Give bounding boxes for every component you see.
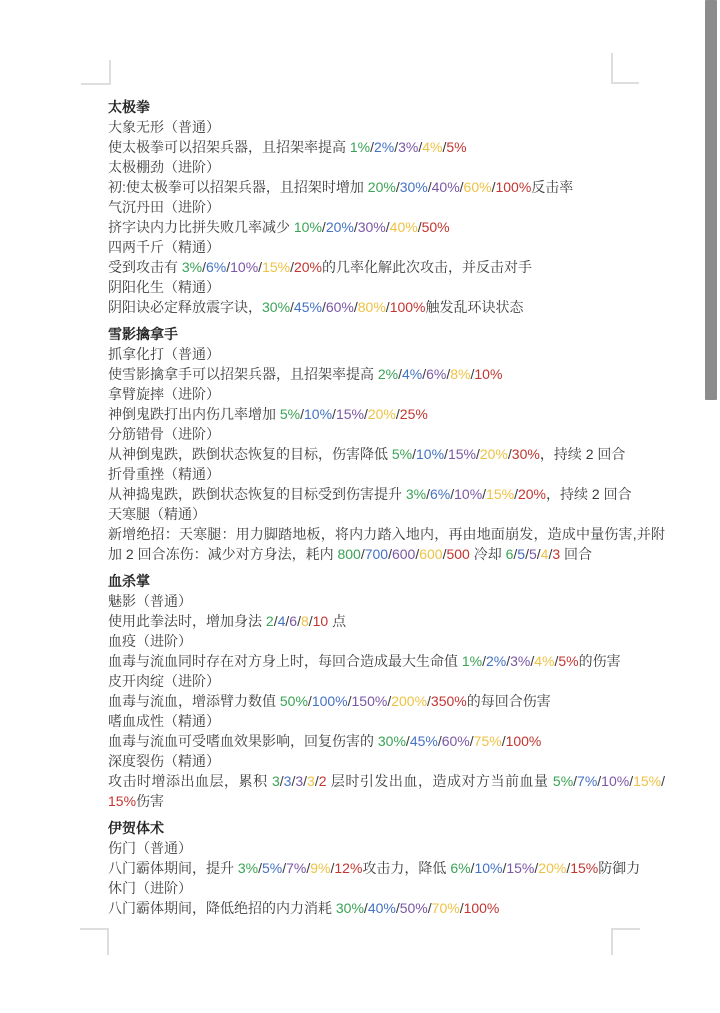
stat-value-blue: 2% — [486, 653, 506, 669]
effect-text: 血毒与流血可受嗜血效果影响，回复伤害的 — [108, 733, 378, 749]
skill-effect-line: 从神捣鬼跌，跌倒状态恢复的目标受到伤害提升 ​3%​/​6%​/​10%​/​1… — [108, 484, 665, 504]
stat-value-green: 50% — [280, 693, 308, 709]
stat-value-gold: 9% — [310, 860, 330, 876]
stat-value-red: 15% — [570, 860, 598, 876]
effect-text: 使用此拳法时，增加身法 — [108, 613, 266, 629]
stat-value-green: 1% — [462, 653, 482, 669]
stat-value-purple: 40% — [432, 179, 460, 195]
stat-value-purple: 30% — [358, 219, 386, 235]
stat-value-gold: 200% — [391, 693, 427, 709]
stat-value-purple: 600 — [392, 546, 415, 562]
skill-name-line: 伤门（普通） — [108, 838, 665, 858]
effect-text: 防御力 — [598, 860, 640, 876]
skill-effect-line: 新增绝招：天寒腿：用力脚踏地板，将内力踏入地内，再由地面崩发，造成中量伤害,并附… — [108, 524, 665, 564]
skill-effect-line: 阴阳诀必定释放震字诀，​30%​/​45%​/​60%​/​80%​/​100%… — [108, 297, 665, 317]
stat-value-gold: 600 — [419, 546, 442, 562]
skill-effect-line: 使雪影擒拿手可以招架兵器，且招架率提高 ​2%​/​4%​/​6%​/​8%​/… — [108, 364, 665, 384]
stat-value-purple: 6 — [289, 613, 297, 629]
crop-mark-bottom-right — [611, 928, 640, 955]
stat-value-purple: 50% — [400, 900, 428, 916]
stat-value-purple: 15% — [336, 406, 364, 422]
effect-text: 使太极拳可以招架兵器，且招架率提高 — [108, 139, 350, 155]
stat-value-red: 12% — [334, 860, 362, 876]
stat-value-gold: 3 — [307, 773, 315, 789]
skill-name-line: 魅影（普通） — [108, 591, 665, 611]
effect-text: ，持续 2 回合 — [546, 486, 632, 502]
skill-section: 伊贺体术伤门（普通）八门霸体期间，提升 ​3%​/​5%​/​7%​/​9%​/… — [108, 818, 665, 918]
skill-effect-line: 使用此拳法时，增加身法 ​2​/​4​/​6​/​8​/​10​ 点 — [108, 611, 665, 631]
stat-value-green: 30% — [336, 900, 364, 916]
stat-value-green: 5% — [280, 406, 300, 422]
skill-name-line: 天寒腿（精通） — [108, 504, 665, 524]
skill-name-line: 四两千斤（精通） — [108, 237, 665, 257]
effect-text: 点 — [328, 613, 346, 629]
stat-value-green: 3 — [272, 773, 280, 789]
stat-value-purple: 3% — [510, 653, 530, 669]
stat-value-red: 20% — [518, 486, 546, 502]
stat-value-blue: 10% — [304, 406, 332, 422]
stat-value-purple: 10% — [601, 773, 629, 789]
crop-mark-bottom-left — [80, 928, 109, 955]
skill-effect-line: 挤字诀内力比拼失败几率减少 ​10%​/​20%​/​30%​/​40%​/​5… — [108, 217, 665, 237]
stat-value-red: 100% — [506, 733, 542, 749]
skill-effect-line: 血毒与流血同时存在对方身上时，每回合造成最大生命值 ​1%​/​2%​/​3%​… — [108, 651, 665, 671]
stat-value-red: 20% — [294, 259, 322, 275]
skill-name-line: 大象无形（普通） — [108, 117, 665, 137]
stat-value-gold: 20% — [480, 446, 508, 462]
skill-name-line: 太极棚劲（进阶） — [108, 157, 665, 177]
skill-name-line: 深度裂伤（精通） — [108, 751, 665, 771]
stat-value-blue: 45% — [410, 733, 438, 749]
stat-value-gold: 70% — [432, 900, 460, 916]
effect-text: 从神捣鬼跌，跌倒状态恢复的目标受到伤害提升 — [108, 486, 406, 502]
effect-text: 攻击时增添出血层，累积 — [108, 773, 272, 789]
skill-name-line: 阴阳化生（精通） — [108, 277, 665, 297]
stat-value-blue: 5 — [517, 546, 525, 562]
effect-text: 反击率 — [531, 179, 573, 195]
stat-value-blue: 5% — [262, 860, 282, 876]
stat-value-blue: 30% — [400, 179, 428, 195]
effect-text: 回合 — [560, 546, 592, 562]
skill-effect-line: 神倒鬼跌打出内伤几率增加 ​5%​/​10%​/​15%​/​20%​/​25% — [108, 404, 665, 424]
crop-mark-top-right — [611, 53, 639, 84]
stat-value-gold: 4% — [422, 139, 442, 155]
skill-effect-line: 八门霸体期间，提升 ​3%​/​5%​/​7%​/​9%​/​12%​攻击力，降… — [108, 858, 665, 878]
stat-value-green: 3% — [406, 486, 426, 502]
skill-effect-line: 血毒与流血，增添臂力数值 ​50%​/​100%​/​150%​/​200%​/… — [108, 691, 665, 711]
crop-mark-top-left — [81, 60, 111, 85]
stat-value-purple: 10% — [454, 486, 482, 502]
stat-value-blue: 700 — [365, 546, 388, 562]
effect-text: 从神倒鬼跌，跌倒状态恢复的目标，伤害降低 — [108, 446, 392, 462]
stat-value-red: 2 — [319, 773, 327, 789]
effect-text: 使雪影擒拿手可以招架兵器，且招架率提高 — [108, 366, 378, 382]
skill-section: 雪影擒拿手抓拿化打（普通）使雪影擒拿手可以招架兵器，且招架率提高 ​2%​/​4… — [108, 324, 665, 564]
skill-name-line: 分筋错骨（进阶） — [108, 424, 665, 444]
stat-value-purple: 15% — [506, 860, 534, 876]
effect-text: / — [661, 773, 665, 789]
stat-value-blue: 6% — [206, 259, 226, 275]
stat-value-gold: 40% — [390, 219, 418, 235]
skill-section: 血杀掌魅影（普通）使用此拳法时，增加身法 ​2​/​4​/​6​/​8​/​10… — [108, 571, 665, 811]
stat-value-gold: 60% — [464, 179, 492, 195]
stat-value-green: 30% — [378, 733, 406, 749]
stat-value-green: 800 — [337, 546, 360, 562]
skill-effect-line: 初:使太极拳可以招架兵器，且招架时增加 ​20%​/​30%​/​40%​/​6… — [108, 177, 665, 197]
stat-value-blue: 40% — [368, 900, 396, 916]
section-title: 太极拳 — [108, 97, 665, 117]
stat-value-red: 100% — [495, 179, 531, 195]
effect-text: 八门霸体期间，提升 — [108, 860, 238, 876]
stat-value-gold: 4% — [534, 653, 554, 669]
stat-value-red: 10 — [313, 613, 329, 629]
stat-value-green: 2 — [266, 613, 274, 629]
stat-value-gold: 8% — [450, 366, 470, 382]
stat-value-red: 3 — [552, 546, 560, 562]
skill-name-line: 拿臂旋摔（进阶） — [108, 384, 665, 404]
skill-name-line: 气沉丹田（进阶） — [108, 197, 665, 217]
stat-value-purple: 3% — [398, 139, 418, 155]
skill-name-line: 皮开肉绽（进阶） — [108, 671, 665, 691]
effect-text: 神倒鬼跌打出内伤几率增加 — [108, 406, 280, 422]
stat-value-purple: 150% — [352, 693, 388, 709]
stat-value-purple: 5 — [529, 546, 537, 562]
stat-value-red: 100% — [464, 900, 500, 916]
stat-value-gold: 15% — [633, 773, 661, 789]
stat-value-red: 500 — [446, 546, 469, 562]
stat-value-blue: 10% — [416, 446, 444, 462]
effect-text: ，持续 2 回合 — [540, 446, 626, 462]
stat-value-blue: 4% — [402, 366, 422, 382]
skill-name-line: 血疫（进阶） — [108, 631, 665, 651]
stat-value-red: 350% — [431, 693, 467, 709]
effect-text: 的伤害 — [579, 653, 621, 669]
document-page: 太极拳大象无形（普通）使太极拳可以招架兵器，且招架率提高 ​1%​/​2%​/​… — [0, 0, 720, 1013]
stat-value-red: 25% — [400, 406, 428, 422]
effect-text: 血毒与流血，增添臂力数值 — [108, 693, 280, 709]
stat-value-blue: 6% — [430, 486, 450, 502]
effect-text: 冷却 — [470, 546, 506, 562]
stat-value-red: 100% — [390, 299, 426, 315]
effect-text: 伤害 — [136, 793, 164, 809]
effect-text: 攻击力，降低 — [362, 860, 450, 876]
stat-value-gold: 20% — [368, 406, 396, 422]
stat-value-blue: 7% — [577, 773, 597, 789]
skill-name-line: 嗜血成性（精通） — [108, 711, 665, 731]
stat-value-purple: 60% — [442, 733, 470, 749]
skill-name-line: 抓拿化打（普通） — [108, 344, 665, 364]
stat-value-gold: 15% — [262, 259, 290, 275]
skill-section: 太极拳大象无形（普通）使太极拳可以招架兵器，且招架率提高 ​1%​/​2%​/​… — [108, 97, 665, 317]
skill-effect-line: 攻击时增添出血层，累积 ​3​/​3​/​3​/​3​/​2​ 层时引发出血，造… — [108, 771, 665, 811]
stat-value-red: 30% — [512, 446, 540, 462]
stat-value-gold: 75% — [474, 733, 502, 749]
section-title: 雪影擒拿手 — [108, 324, 665, 344]
skill-name-line: 休门（进阶） — [108, 878, 665, 898]
stat-value-green: 10% — [294, 219, 322, 235]
stat-value-purple: 7% — [286, 860, 306, 876]
stat-value-gold: 20% — [538, 860, 566, 876]
stat-value-green: 20% — [368, 179, 396, 195]
effect-text: 八门霸体期间，降低绝招的内力消耗 — [108, 900, 336, 916]
effect-text: 的每回合伤害 — [467, 693, 551, 709]
effect-text: 血毒与流血同时存在对方身上时，每回合造成最大生命值 — [108, 653, 462, 669]
stat-value-gold: 8 — [301, 613, 309, 629]
scrollbar-thumb[interactable] — [705, 0, 717, 400]
skill-name-line: 折骨重挫（精通） — [108, 464, 665, 484]
effect-text: 初:使太极拳可以招架兵器，且招架时增加 — [108, 179, 368, 195]
stat-value-purple: 6% — [426, 366, 446, 382]
stat-value-purple: 15% — [448, 446, 476, 462]
stat-value-blue: 100% — [312, 693, 348, 709]
effect-text: 受到攻击有 — [108, 259, 182, 275]
stat-value-green: 3% — [238, 860, 258, 876]
skill-effect-line: 使太极拳可以招架兵器，且招架率提高 ​1%​/​2%​/​3%​/​4%​/​5… — [108, 137, 665, 157]
stat-value-gold: 80% — [358, 299, 386, 315]
stat-value-purple: 10% — [230, 259, 258, 275]
stat-value-gold: 15% — [486, 486, 514, 502]
stat-value-green: 1% — [350, 139, 370, 155]
stat-value-blue: 20% — [326, 219, 354, 235]
effect-text: 层时引发出血，造成对方当前血量 — [327, 773, 553, 789]
skill-effect-line: 八门霸体期间，降低绝招的内力消耗 ​30%​/​40%​/​50%​/​70%​… — [108, 898, 665, 918]
skill-effect-line: 从神倒鬼跌，跌倒状态恢复的目标，伤害降低 ​5%​/​10%​/​15%​/​2… — [108, 444, 665, 464]
section-title: 伊贺体术 — [108, 818, 665, 838]
stat-value-blue: 10% — [474, 860, 502, 876]
effect-text: 阴阳诀必定释放震字诀， — [108, 299, 262, 315]
stat-value-blue: 2% — [374, 139, 394, 155]
skill-effect-line: 受到攻击有 ​3%​/​6%​/​10%​/​15%​/​20%​的几率化解此次… — [108, 257, 665, 277]
document-content: 太极拳大象无形（普通）使太极拳可以招架兵器，且招架率提高 ​1%​/​2%​/​… — [108, 97, 665, 918]
effect-text: 的几率化解此次攻击，并反击对手 — [322, 259, 532, 275]
stat-value-green: 5% — [553, 773, 573, 789]
stat-value-red: 5% — [446, 139, 466, 155]
stat-value-red: 10% — [474, 366, 502, 382]
stat-value-purple: 3 — [295, 773, 303, 789]
stat-value-red: 50% — [422, 219, 450, 235]
stat-value-green: 2% — [378, 366, 398, 382]
effect-text: 挤字诀内力比拼失败几率减少 — [108, 219, 294, 235]
stat-value-green: 6% — [450, 860, 470, 876]
stat-value-red: 5% — [558, 653, 578, 669]
stat-value-blue: 45% — [294, 299, 322, 315]
stat-value-purple: 60% — [326, 299, 354, 315]
stat-value-green: 30% — [262, 299, 290, 315]
section-title: 血杀掌 — [108, 571, 665, 591]
stat-value-green: 3% — [182, 259, 202, 275]
stat-value-red: 15% — [108, 793, 136, 809]
stat-value-green: 5% — [392, 446, 412, 462]
effect-text: 触发乱环诀状态 — [426, 299, 524, 315]
skill-effect-line: 血毒与流血可受嗜血效果影响，回复伤害的 ​30%​/​45%​/​60%​/​7… — [108, 731, 665, 751]
